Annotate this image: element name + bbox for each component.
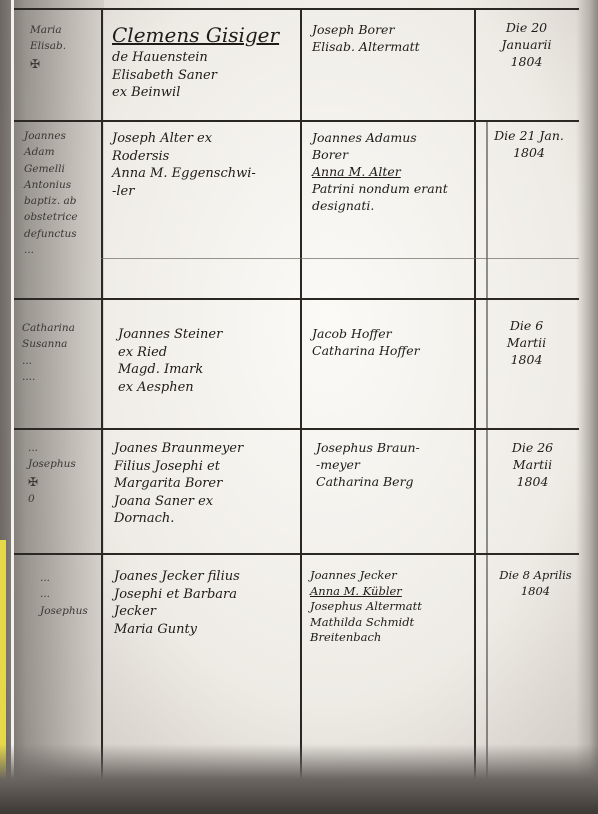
entry-5-godparents: Joannes Jecker Anna M. Kübler Josephus A… <box>310 568 422 646</box>
row-divider <box>14 553 579 555</box>
entry-4-date: Die 26 Martii 1804 <box>490 440 575 491</box>
column-divider <box>300 8 302 780</box>
scanned-register-page: Maria Elisab. ✠ Clemens Gisiger de Hauen… <box>0 0 598 814</box>
scan-shadow-right <box>576 0 598 814</box>
entry-3-godparents: Jacob Hoffer Catharina Hoffer <box>312 326 420 360</box>
entry-2-child: Joannes Adam Gemelli Antonius baptiz. ab… <box>24 128 78 258</box>
entry-1-child: Maria Elisab. ✠ <box>30 22 66 73</box>
entry-2-date: Die 21 Jan. 1804 <box>484 128 574 162</box>
entry-5-date: Die 8 Aprilis 1804 <box>488 568 583 599</box>
entry-1-date: Die 20 Januarii 1804 <box>484 20 569 71</box>
entry-5-parents: Joanes Jecker filius Josephi et Barbara … <box>114 568 240 638</box>
row-divider <box>14 120 579 122</box>
entry-3-child: Catharina Susanna ... .... <box>22 320 75 385</box>
entry-1-godparents: Joseph Borer Elisab. Altermatt <box>312 22 420 56</box>
entry-1-parents: Clemens Gisiger de Hauenstein Elisabeth … <box>112 22 279 102</box>
column-divider <box>101 8 103 780</box>
column-divider <box>486 120 488 780</box>
scan-shadow-left <box>0 0 104 790</box>
row-divider-faint <box>101 258 579 259</box>
row-divider <box>14 298 579 300</box>
entry-3-date: Die 6 Martii 1804 <box>484 318 569 369</box>
deceased-cross-icon: ✠ <box>28 473 76 492</box>
entry-5-child: ... ... Josephus <box>40 570 88 619</box>
entry-2-parents: Joseph Alter ex Rodersis Anna M. Eggensc… <box>112 130 256 200</box>
deceased-cross-icon: ✠ <box>30 55 66 74</box>
entry-3-parents: Joannes Steiner ex Ried Magd. Imark ex A… <box>118 326 222 396</box>
entry-4-godparents: Josephus Braun- -meyer Catharina Berg <box>316 440 420 491</box>
row-divider <box>14 428 579 430</box>
entry-4-parents: Joanes Braunmeyer Filius Josephi et Marg… <box>114 440 243 528</box>
entry-4-child: ... Josephus ✠ 0 <box>28 440 76 507</box>
row-divider <box>14 8 579 10</box>
column-divider <box>474 8 476 780</box>
entry-2-godparents: Joannes Adamus Borer Anna M. Alter Patri… <box>312 130 448 214</box>
scan-shadow-bottom <box>0 744 598 814</box>
